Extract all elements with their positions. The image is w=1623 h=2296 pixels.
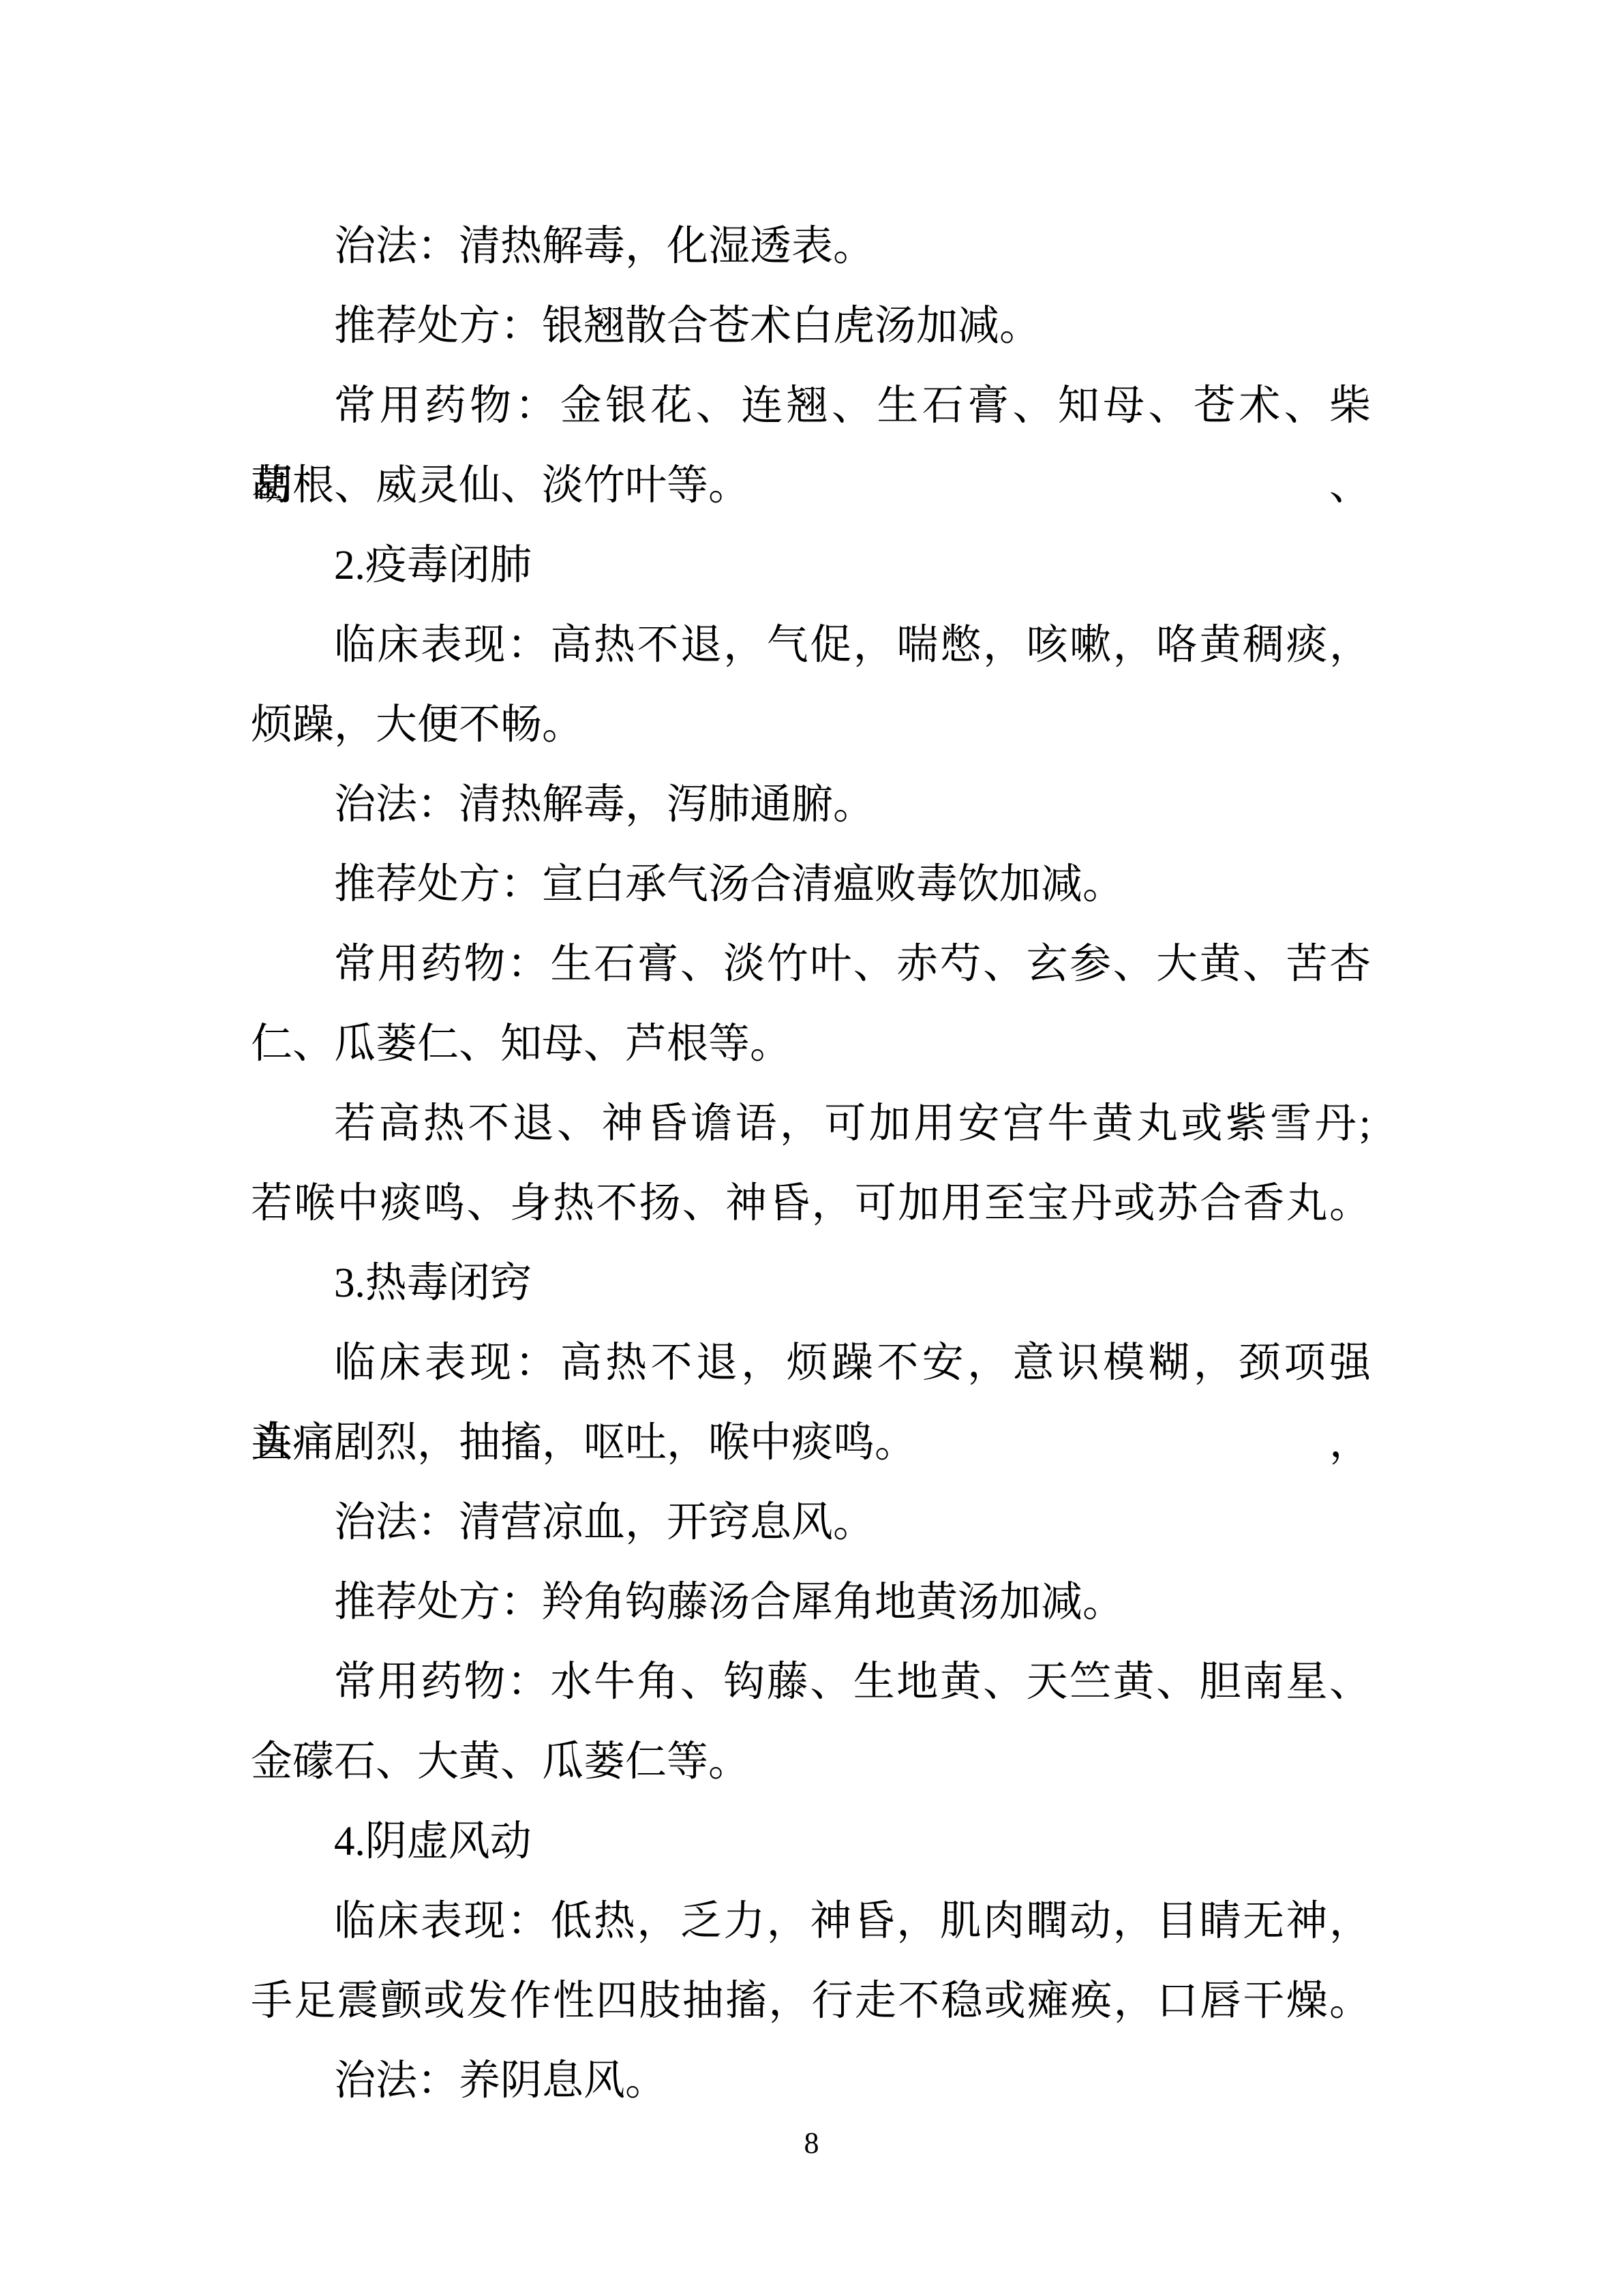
text-line: 推荐处方：银翘散合苍术白虎汤加减。 — [251, 286, 1371, 366]
text-line: 若高热不退、神昏谵语，可加用安宫牛黄丸或紫雪丹; — [251, 1084, 1371, 1164]
section-heading: 4.阴虚风动 — [251, 1802, 1371, 1882]
text-line: 临床表现：高热不退，气促，喘憋，咳嗽，咯黄稠痰， — [251, 605, 1371, 685]
text-line: 常用药物：金银花、连翘、生石膏、知母、苍术、柴胡、 — [251, 366, 1371, 446]
text-line: 治法：清热解毒，泻肺通腑。 — [251, 765, 1371, 845]
text-line: 金礞石、大黄、瓜蒌仁等。 — [251, 1722, 1371, 1802]
text-line: 常用药物：生石膏、淡竹叶、赤芍、玄参、大黄、苦杏 — [251, 924, 1371, 1004]
text-line: 若喉中痰鸣、身热不扬、神昏，可加用至宝丹或苏合香丸。 — [251, 1164, 1371, 1243]
text-line: 治法：清营凉血，开窍息风。 — [251, 1483, 1371, 1562]
document-body: 治法：清热解毒，化湿透表。 推荐处方：银翘散合苍术白虎汤加减。 常用药物：金银花… — [251, 207, 1371, 2121]
text-line: 临床表现：高热不退，烦躁不安，意识模糊，颈项强直， — [251, 1323, 1371, 1403]
text-line: 临床表现：低热，乏力，神昏，肌肉瞤动，目睛无神， — [251, 1882, 1371, 1961]
text-line: 治法：养阴息风。 — [251, 2041, 1371, 2121]
text-line: 烦躁，大便不畅。 — [251, 685, 1371, 765]
text-line: 治法：清热解毒，化湿透表。 — [251, 207, 1371, 286]
text-line: 常用药物：水牛角、钩藤、生地黄、天竺黄、胆南星、 — [251, 1642, 1371, 1722]
document-page: 治法：清热解毒，化湿透表。 推荐处方：银翘散合苍术白虎汤加减。 常用药物：金银花… — [0, 0, 1623, 2296]
text-line: 推荐处方：羚角钩藤汤合犀角地黄汤加减。 — [251, 1562, 1371, 1642]
page-number: 8 — [0, 2126, 1623, 2161]
section-heading: 2.疫毒闭肺 — [251, 526, 1371, 605]
text-line: 仁、瓜蒌仁、知母、芦根等。 — [251, 1004, 1371, 1084]
section-heading: 3.热毒闭窍 — [251, 1243, 1371, 1323]
text-line: 手足震颤或发作性四肢抽搐，行走不稳或瘫痪，口唇干燥。 — [251, 1961, 1371, 2041]
text-line: 推荐处方：宣白承气汤合清瘟败毒饮加减。 — [251, 845, 1371, 924]
